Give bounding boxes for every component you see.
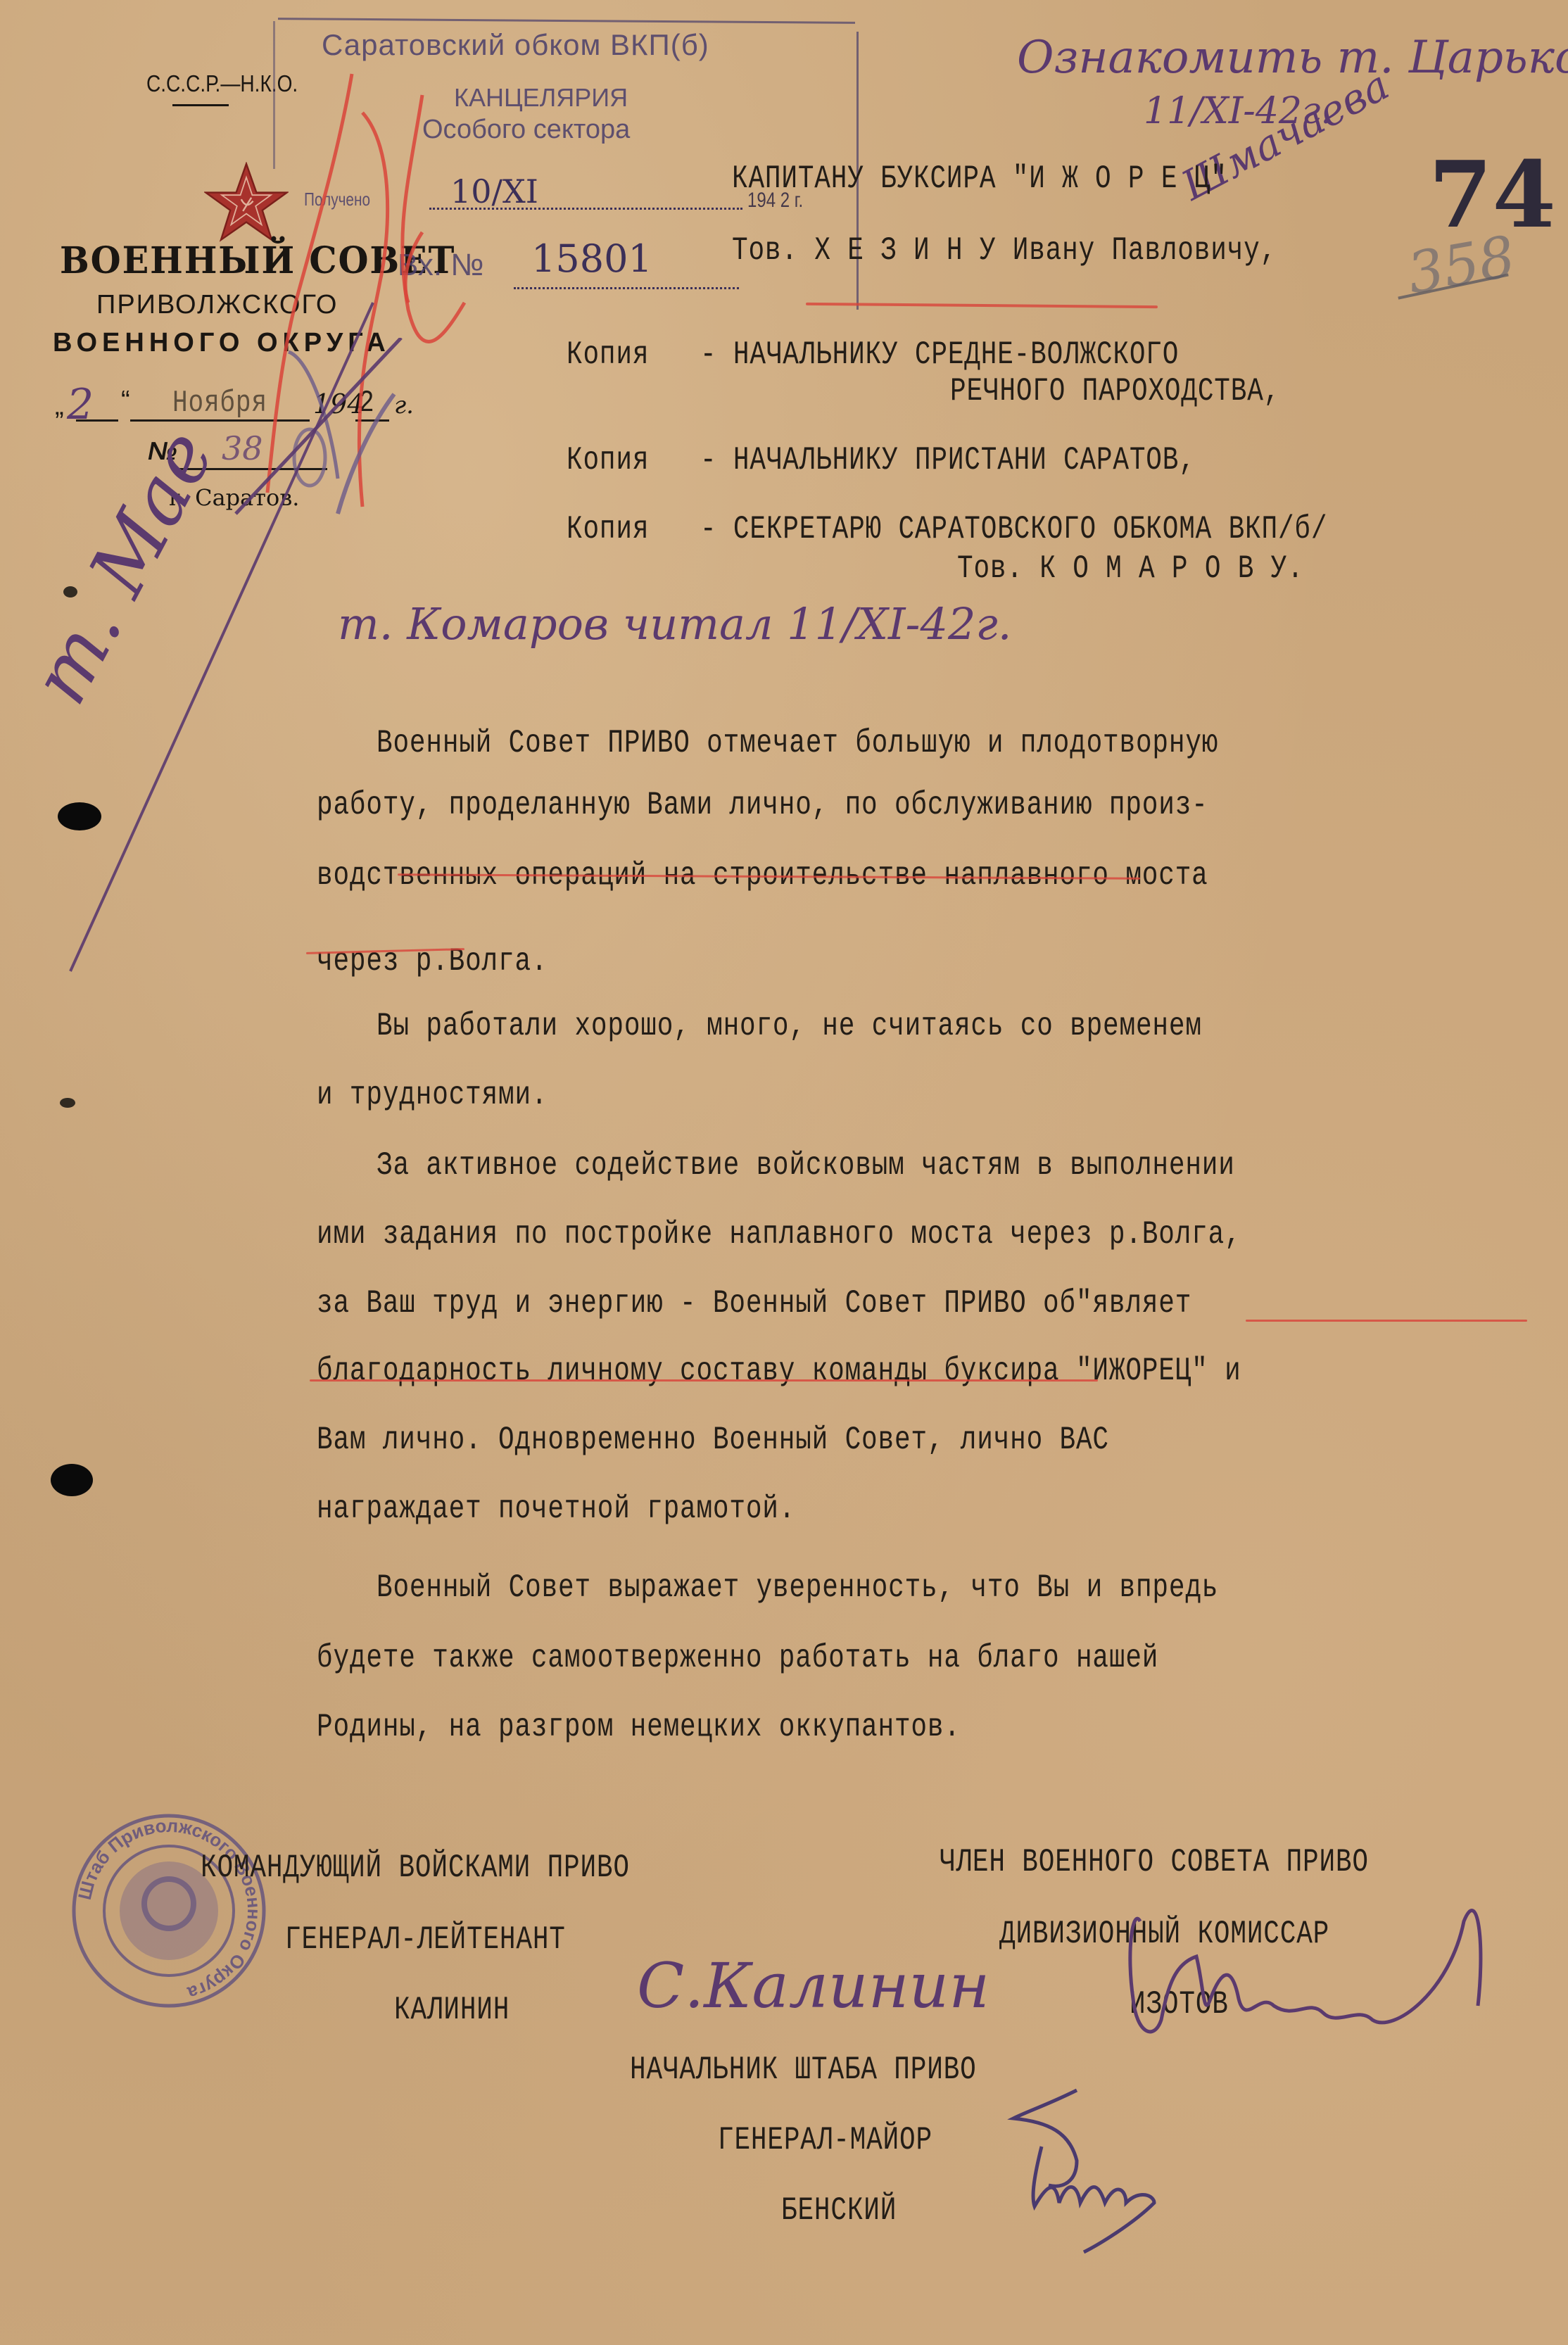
copy-3-line1: - СЕКРЕТАРЮ САРАТОВСКОГО ОБКОМА ВКП/б/	[700, 511, 1327, 548]
body-p4-line2: будете также самоотверженно работать на …	[317, 1640, 1158, 1676]
chief-signature	[992, 2083, 1218, 2266]
member-signature	[1028, 1879, 1548, 2062]
body-p3-line4: благодарность личному составу команды бу…	[317, 1353, 1241, 1389]
date-open-quote: „	[55, 391, 64, 422]
stamp-incoming-number: 15801	[531, 236, 652, 281]
official-seal: Штаб Приволжского Военного Округа	[70, 1812, 267, 2009]
recipient-main-line2: Тов. Х Е З И Н У Ивану Павловичу,	[732, 232, 1277, 269]
body-p2-line1: Вы работали хорошо, много, не считаясь с…	[377, 1008, 1202, 1044]
komarov-read-note: т. Комаров читал 11/XI-42г.	[338, 598, 1011, 650]
stamp-line-1: Саратовский обком ВКП(б)	[322, 28, 709, 62]
stamp-incoming-dotline	[514, 287, 739, 289]
body-p2-line2: и трудностями.	[317, 1077, 548, 1113]
annotation-familiarize: Ознакомить т. Царькова	[1017, 32, 1568, 84]
body-p4-line1: Военный Совет выражает уверенность, что …	[377, 1569, 1218, 1606]
body-p3-line1: За активное содействие войсковым частям …	[377, 1147, 1235, 1184]
stamp-top-border	[278, 18, 855, 24]
copy-1-label: Копия	[567, 336, 649, 373]
commander-rank: ГЕНЕРАЛ-ЛЕЙТЕНАНТ	[285, 1921, 566, 1958]
copy-3-line2: Тов. К О М А Р О В У.	[957, 550, 1304, 587]
member-title: ЧЛЕН ВОЕННОГО СОВЕТА ПРИВО	[940, 1844, 1369, 1881]
chief-title: НАЧАЛЬНИК ШТАБА ПРИВО	[630, 2052, 977, 2088]
body-red-underline-4	[310, 1379, 1098, 1382]
chief-rank: ГЕНЕРАЛ-МАЙОР	[718, 2122, 932, 2158]
body-p3-line3: за Ваш труд и энергию - Военный Совет ПР…	[317, 1285, 1191, 1322]
seal-emblem-icon: Штаб Приволжского Военного Округа	[70, 1812, 267, 2009]
punch-hole	[51, 1464, 93, 1496]
body-p3-line5: Вам лично. Одновременно Военный Совет, л…	[317, 1422, 1109, 1458]
commander-signature: С.Калинин	[637, 1949, 990, 2022]
recipient-main-line1: КАПИТАНУ БУКСИРА "И Ж О Р Е Ц"	[732, 160, 1227, 197]
body-p3-line6: награждает почетной грамотой.	[317, 1491, 795, 1527]
commander-title: КОМАНДУЮЩИЙ ВОЙСКАМИ ПРИВО	[201, 1850, 630, 1886]
chief-name: БЕНСКИЙ	[781, 2192, 897, 2229]
body-p1-line2: работу, проделанную Вами лично, по обслу…	[317, 787, 1208, 823]
body-p1-line1: Военный Совет ПРИВО отмечает большую и п…	[377, 725, 1218, 761]
body-p4-line3: Родины, на разгром немецких оккупантов.	[317, 1709, 961, 1745]
copy-1-line2: РЕЧНОГО ПАРОХОДСТВА,	[950, 373, 1280, 410]
copy-3-label: Копия	[567, 511, 649, 548]
punch-hole	[60, 1098, 75, 1108]
copy-2-line1: - НАЧАЛЬНИКУ ПРИСТАНИ САРАТОВ,	[700, 442, 1196, 479]
copy-1-line1: - НАЧАЛЬНИКУ СРЕДНЕ-ВОЛЖСКОГО	[700, 336, 1179, 373]
commander-name: КАЛИНИН	[394, 1992, 510, 2028]
body-p3-line2: ими задания по постройке наплавного мост…	[317, 1216, 1241, 1253]
body-red-underline-3	[1246, 1320, 1527, 1322]
copy-2-label: Копия	[567, 442, 649, 479]
